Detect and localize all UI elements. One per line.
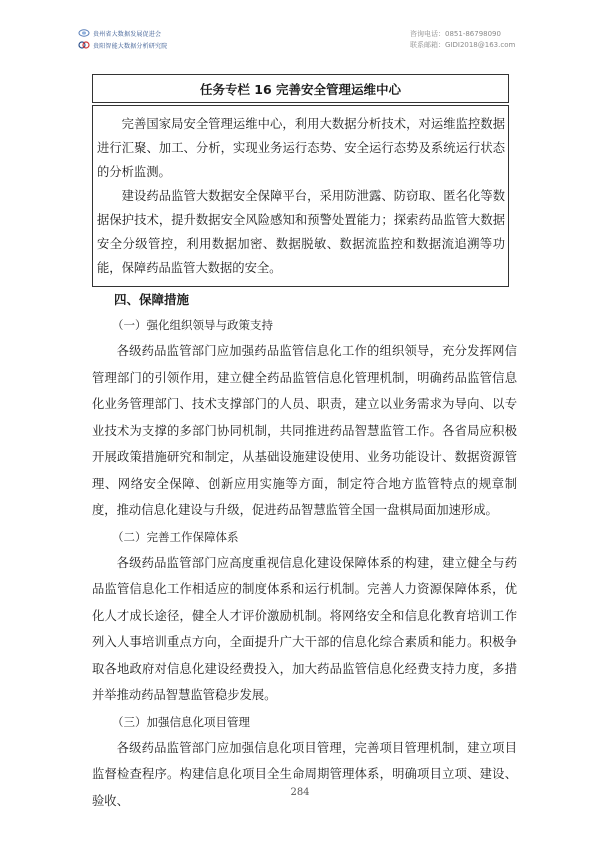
task-column-box: 任务专栏 16 完善安全管理运维中心 完善国家局安全管理运维中心，利用大数据分析… <box>92 74 509 287</box>
email-value: GIDI2018@163.com <box>445 41 515 49</box>
page-number: 284 <box>0 787 600 798</box>
contact-phone: 咨询电话：0851-86798090 <box>410 29 515 40</box>
task-paragraph: 建设药品监管大数据安全保障平台，采用防泄露、防窃取、匿名化等数据保护技术，提升数… <box>97 184 505 280</box>
body-paragraph: 各级药品监管部门应加强药品监管信息化工作的组织领导，充分发挥网信管理部门的引领作… <box>92 338 517 524</box>
task-paragraph: 完善国家局安全管理运维中心，利用大数据分析技术，对运维监控数据进行汇聚、加工、分… <box>97 112 505 184</box>
main-content: 四、保障措施 （一）强化组织领导与政策支持 各级药品监管部门应加强药品监管信息化… <box>92 288 517 814</box>
email-label: 联系邮箱： <box>410 41 445 49</box>
header-contact: 咨询电话：0851-86798090 联系邮箱：GIDI2018@163.com <box>410 29 515 51</box>
logo-institute: 贵阳智能大数据分析研究院 <box>78 40 167 50</box>
association-logo-icon <box>78 29 90 37</box>
institute-name: 贵阳智能大数据分析研究院 <box>93 41 167 50</box>
subsection-heading: （三）加强信息化项目管理 <box>92 709 517 735</box>
body-paragraph: 各级药品监管部门应加强信息化项目管理，完善项目管理机制，建立项目监督检查程序。构… <box>92 735 517 815</box>
section-heading: 四、保障措施 <box>92 288 517 312</box>
phone-value: 0851-86798090 <box>445 30 501 38</box>
body-paragraph: 各级药品监管部门应高度重视信息化建设保障体系的构建，建立健全与药品监管信息化工作… <box>92 550 517 709</box>
subsection-heading: （二）完善工作保障体系 <box>92 524 517 550</box>
phone-label: 咨询电话： <box>410 30 445 38</box>
logo-association: 贵州省大数据发展促进会 <box>78 28 167 38</box>
institute-logo-icon <box>78 41 90 49</box>
association-name: 贵州省大数据发展促进会 <box>93 29 161 38</box>
subsection-heading: （一）强化组织领导与政策支持 <box>92 312 517 338</box>
task-column-title: 任务专栏 16 完善安全管理运维中心 <box>92 74 509 103</box>
task-column-body: 完善国家局安全管理运维中心，利用大数据分析技术，对运维监控数据进行汇聚、加工、分… <box>92 105 509 287</box>
header-logos: 贵州省大数据发展促进会 贵阳智能大数据分析研究院 <box>78 28 167 52</box>
contact-email: 联系邮箱：GIDI2018@163.com <box>410 40 515 51</box>
